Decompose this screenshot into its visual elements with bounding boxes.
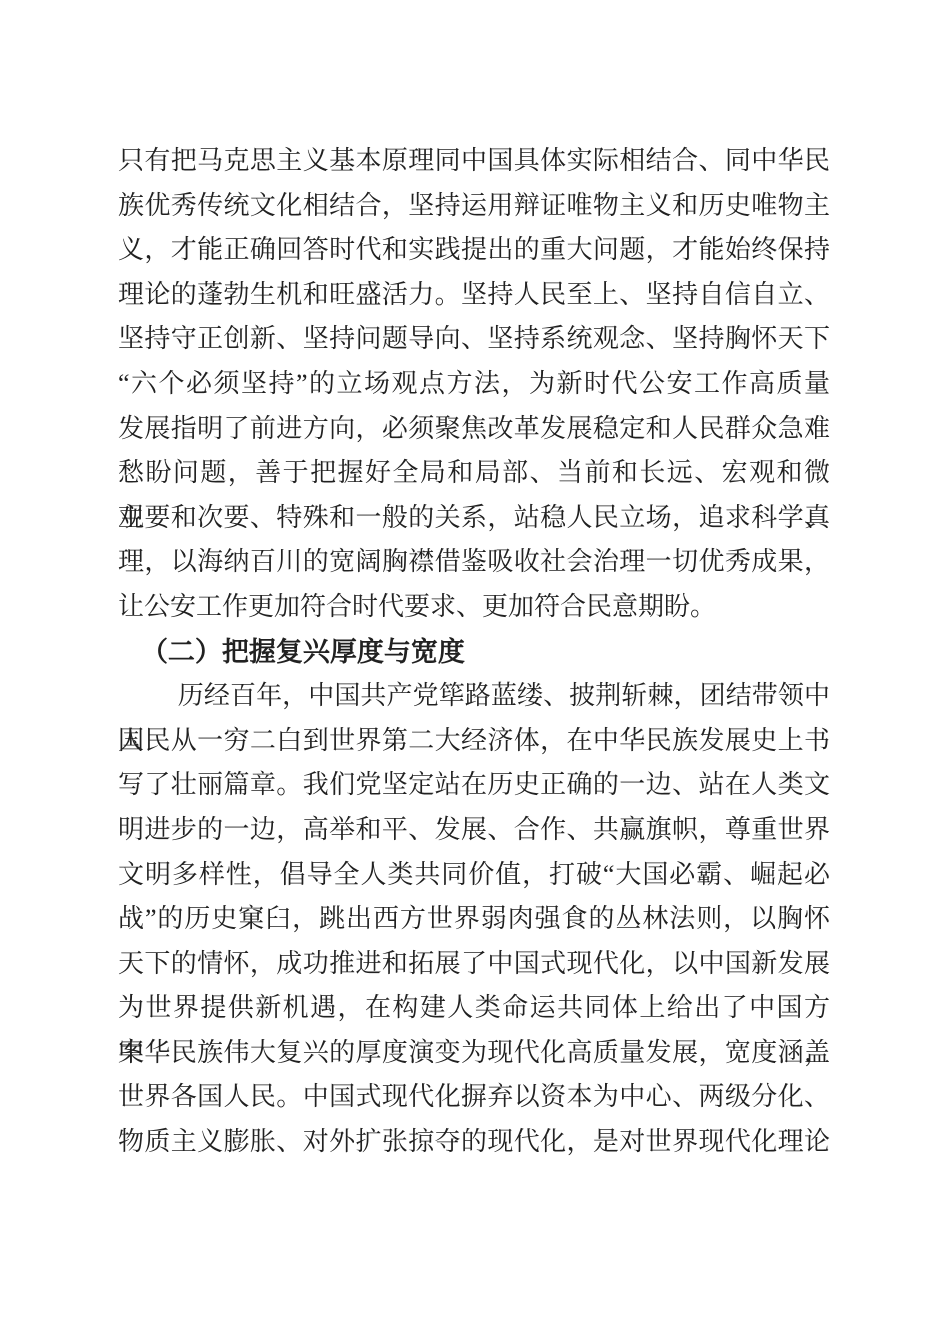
text-line: 文明多样性，倡导全人类共同价值，打破“大国必霸、崛起必 [118, 853, 830, 898]
text-line: 坚持守正创新、坚持问题导向、坚持系统观念、坚持胸怀天下 [118, 317, 830, 362]
text-line: 理论的蓬勃生机和旺盛活力。坚持人民至上、坚持自信自立、 [118, 273, 830, 318]
text-line: 只有把马克思主义基本原理同中国具体实际相结合、同中华民 [118, 139, 830, 184]
text-line: 明进步的一边，高举和平、发展、合作、共赢旗帜，尊重世界 [118, 808, 830, 853]
text-line: 为世界提供新机遇，在构建人类命运共同体上给出了中国方案， [118, 986, 830, 1031]
text-line: 物质主义膨胀、对外扩张掠夺的现代化，是对世界现代化理论 [118, 1120, 830, 1165]
document-page: 只有把马克思主义基本原理同中国具体实际相结合、同中华民族优秀传统文化相结合，坚持… [0, 0, 950, 1344]
text-line: 理，以海纳百川的宽阔胸襟借鉴吸收社会治理一切优秀成果， [118, 540, 830, 585]
text-line: 愁盼问题，善于把握好全局和局部、当前和长远、宏观和微观、 [118, 451, 830, 496]
text-line: 战”的历史窠臼，跳出西方世界弱肉强食的丛林法则，以胸怀 [118, 897, 830, 942]
text-line: 让公安工作更加符合时代要求、更加符合民意期盼。 [118, 585, 830, 630]
text-line: 族优秀传统文化相结合，坚持运用辩证唯物主义和历史唯物主 [118, 184, 830, 229]
text-line: 中华民族伟大复兴的厚度演变为现代化高质量发展，宽度涵盖 [118, 1031, 830, 1076]
text-line: 主要和次要、特殊和一般的关系，站稳人民立场，追求科学真 [118, 496, 830, 541]
text-line: 天下的情怀，成功推进和拓展了中国式现代化，以中国新发展 [118, 942, 830, 987]
text-line: 历经百年，中国共产党筚路蓝缕、披荆斩棘，团结带领中国 [118, 674, 830, 719]
text-line: “六个必须坚持”的立场观点方法，为新时代公安工作高质量 [118, 362, 830, 407]
text-line: 义，才能正确回答时代和实践提出的重大问题，才能始终保持 [118, 228, 830, 273]
text-line: 发展指明了前进方向，必须聚焦改革发展稳定和人民群众急难 [118, 407, 830, 452]
document-text-block: 只有把马克思主义基本原理同中国具体实际相结合、同中华民族优秀传统文化相结合，坚持… [118, 139, 830, 1165]
text-line: 写了壮丽篇章。我们党坚定站在历史正确的一边、站在人类文 [118, 763, 830, 808]
text-line: 人民从一穷二白到世界第二大经济体，在中华民族发展史上书 [118, 719, 830, 764]
section-heading: （二）把握复兴厚度与宽度 [118, 630, 830, 675]
text-line: 世界各国人民。中国式现代化摒弃以资本为中心、两级分化、 [118, 1075, 830, 1120]
